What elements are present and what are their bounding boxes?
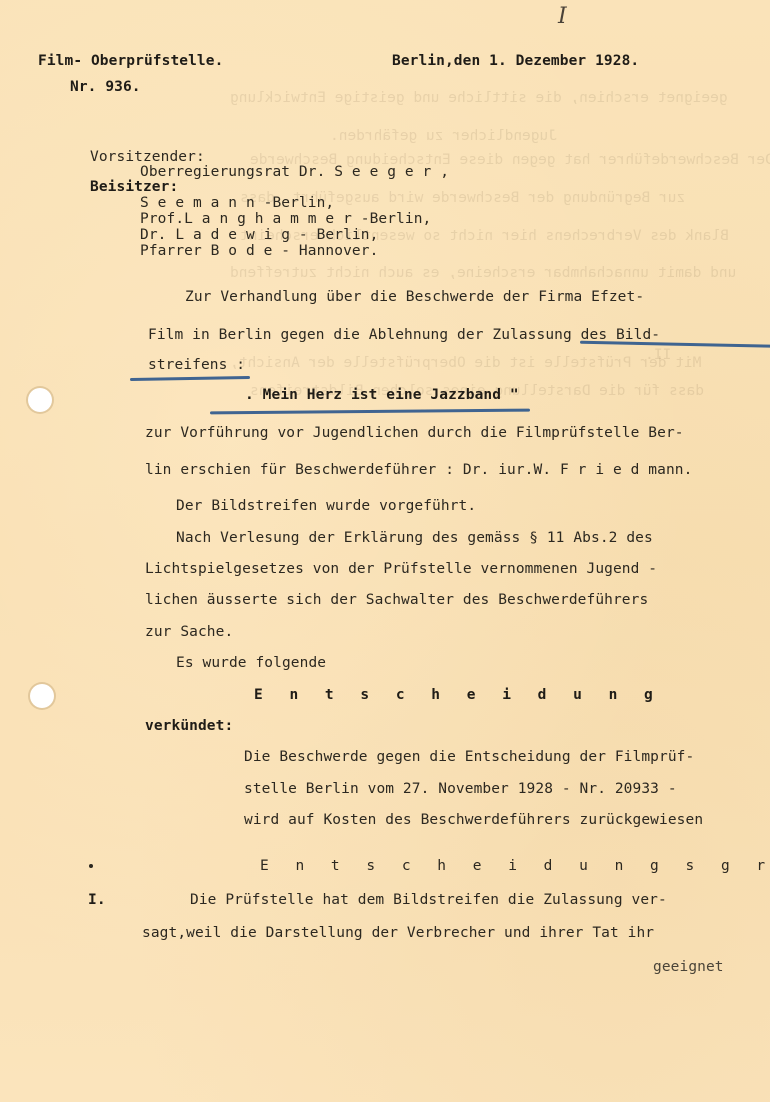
document-page: geeignet erschien, die sittliche und gei… [0,0,770,1102]
pen-underline [580,341,770,349]
body-line: Lichtspielgesetzes von der Prüfstelle ve… [145,560,657,578]
reasons-heading: E n t s c h e i d u n g s g r ü n d e . [260,857,770,875]
pen-underline [130,376,250,381]
bleed-through-line: und damit unnachahmbar erscheine, es auc… [230,265,736,281]
verdict-line: Die Beschwerde gegen die Entscheidung de… [244,748,694,766]
bleed-through-line: Jugendlicher zu gefährden. [330,128,557,144]
document-number: Nr. 936. [70,78,141,96]
reason-line: sagt,weil die Darstellung der Verbrecher… [142,924,654,942]
body-line: streifens : [148,356,245,374]
handwritten-page-mark: I [558,4,567,29]
verdict-line: stelle Berlin vom 27. November 1928 - Nr… [244,780,677,798]
body-line: lichen äusserte sich der Sachwalter des … [145,591,648,609]
body-line: zur Sache. [145,623,233,641]
reason-numeral: I. [88,891,106,909]
body-line: Nach Verlesung der Erklärung des gemäss … [176,529,653,547]
ink-dot [89,864,93,868]
reason-line: Die Prüfstelle hat dem Bildstreifen die … [190,891,667,909]
issuing-authority: Film- Oberprüfstelle. [38,52,223,70]
place-and-date: Berlin,den 1. Dezember 1928. [392,52,639,70]
bleed-through-line: Mit der Prüfstelle ist die Oberprüfstell… [230,355,701,371]
bleed-through-line: geeignet erschien, die sittliche und gei… [230,90,728,106]
punch-hole [28,388,52,412]
body-line: zur Vorführung vor Jugendlichen durch di… [145,424,684,442]
pen-underline [210,409,530,415]
bleed-through-numeral: II. [645,347,671,363]
film-title: . Mein Herz ist eine Jazzband " [245,386,519,404]
body-line: Es wurde folgende [176,654,326,672]
punch-hole [30,684,54,708]
verdict-line: wird auf Kosten des Beschwerdeführers zu… [244,811,703,829]
body-line: Zur Verhandlung über die Beschwerde der … [185,288,644,306]
body-line: lin erschien für Beschwerdeführer : Dr. … [145,461,692,479]
body-line: verkündet: [145,717,233,735]
assessor-item: Pfarrer B o d e - Hannover. [140,242,378,260]
decision-heading: E n t s c h e i d u n g [254,686,662,704]
reason-line: geeignet [653,958,724,976]
chair-name: Oberregierungsrat Dr. S e e g e r , [140,163,449,181]
body-line: Der Bildstreifen wurde vorgeführt. [176,497,476,515]
